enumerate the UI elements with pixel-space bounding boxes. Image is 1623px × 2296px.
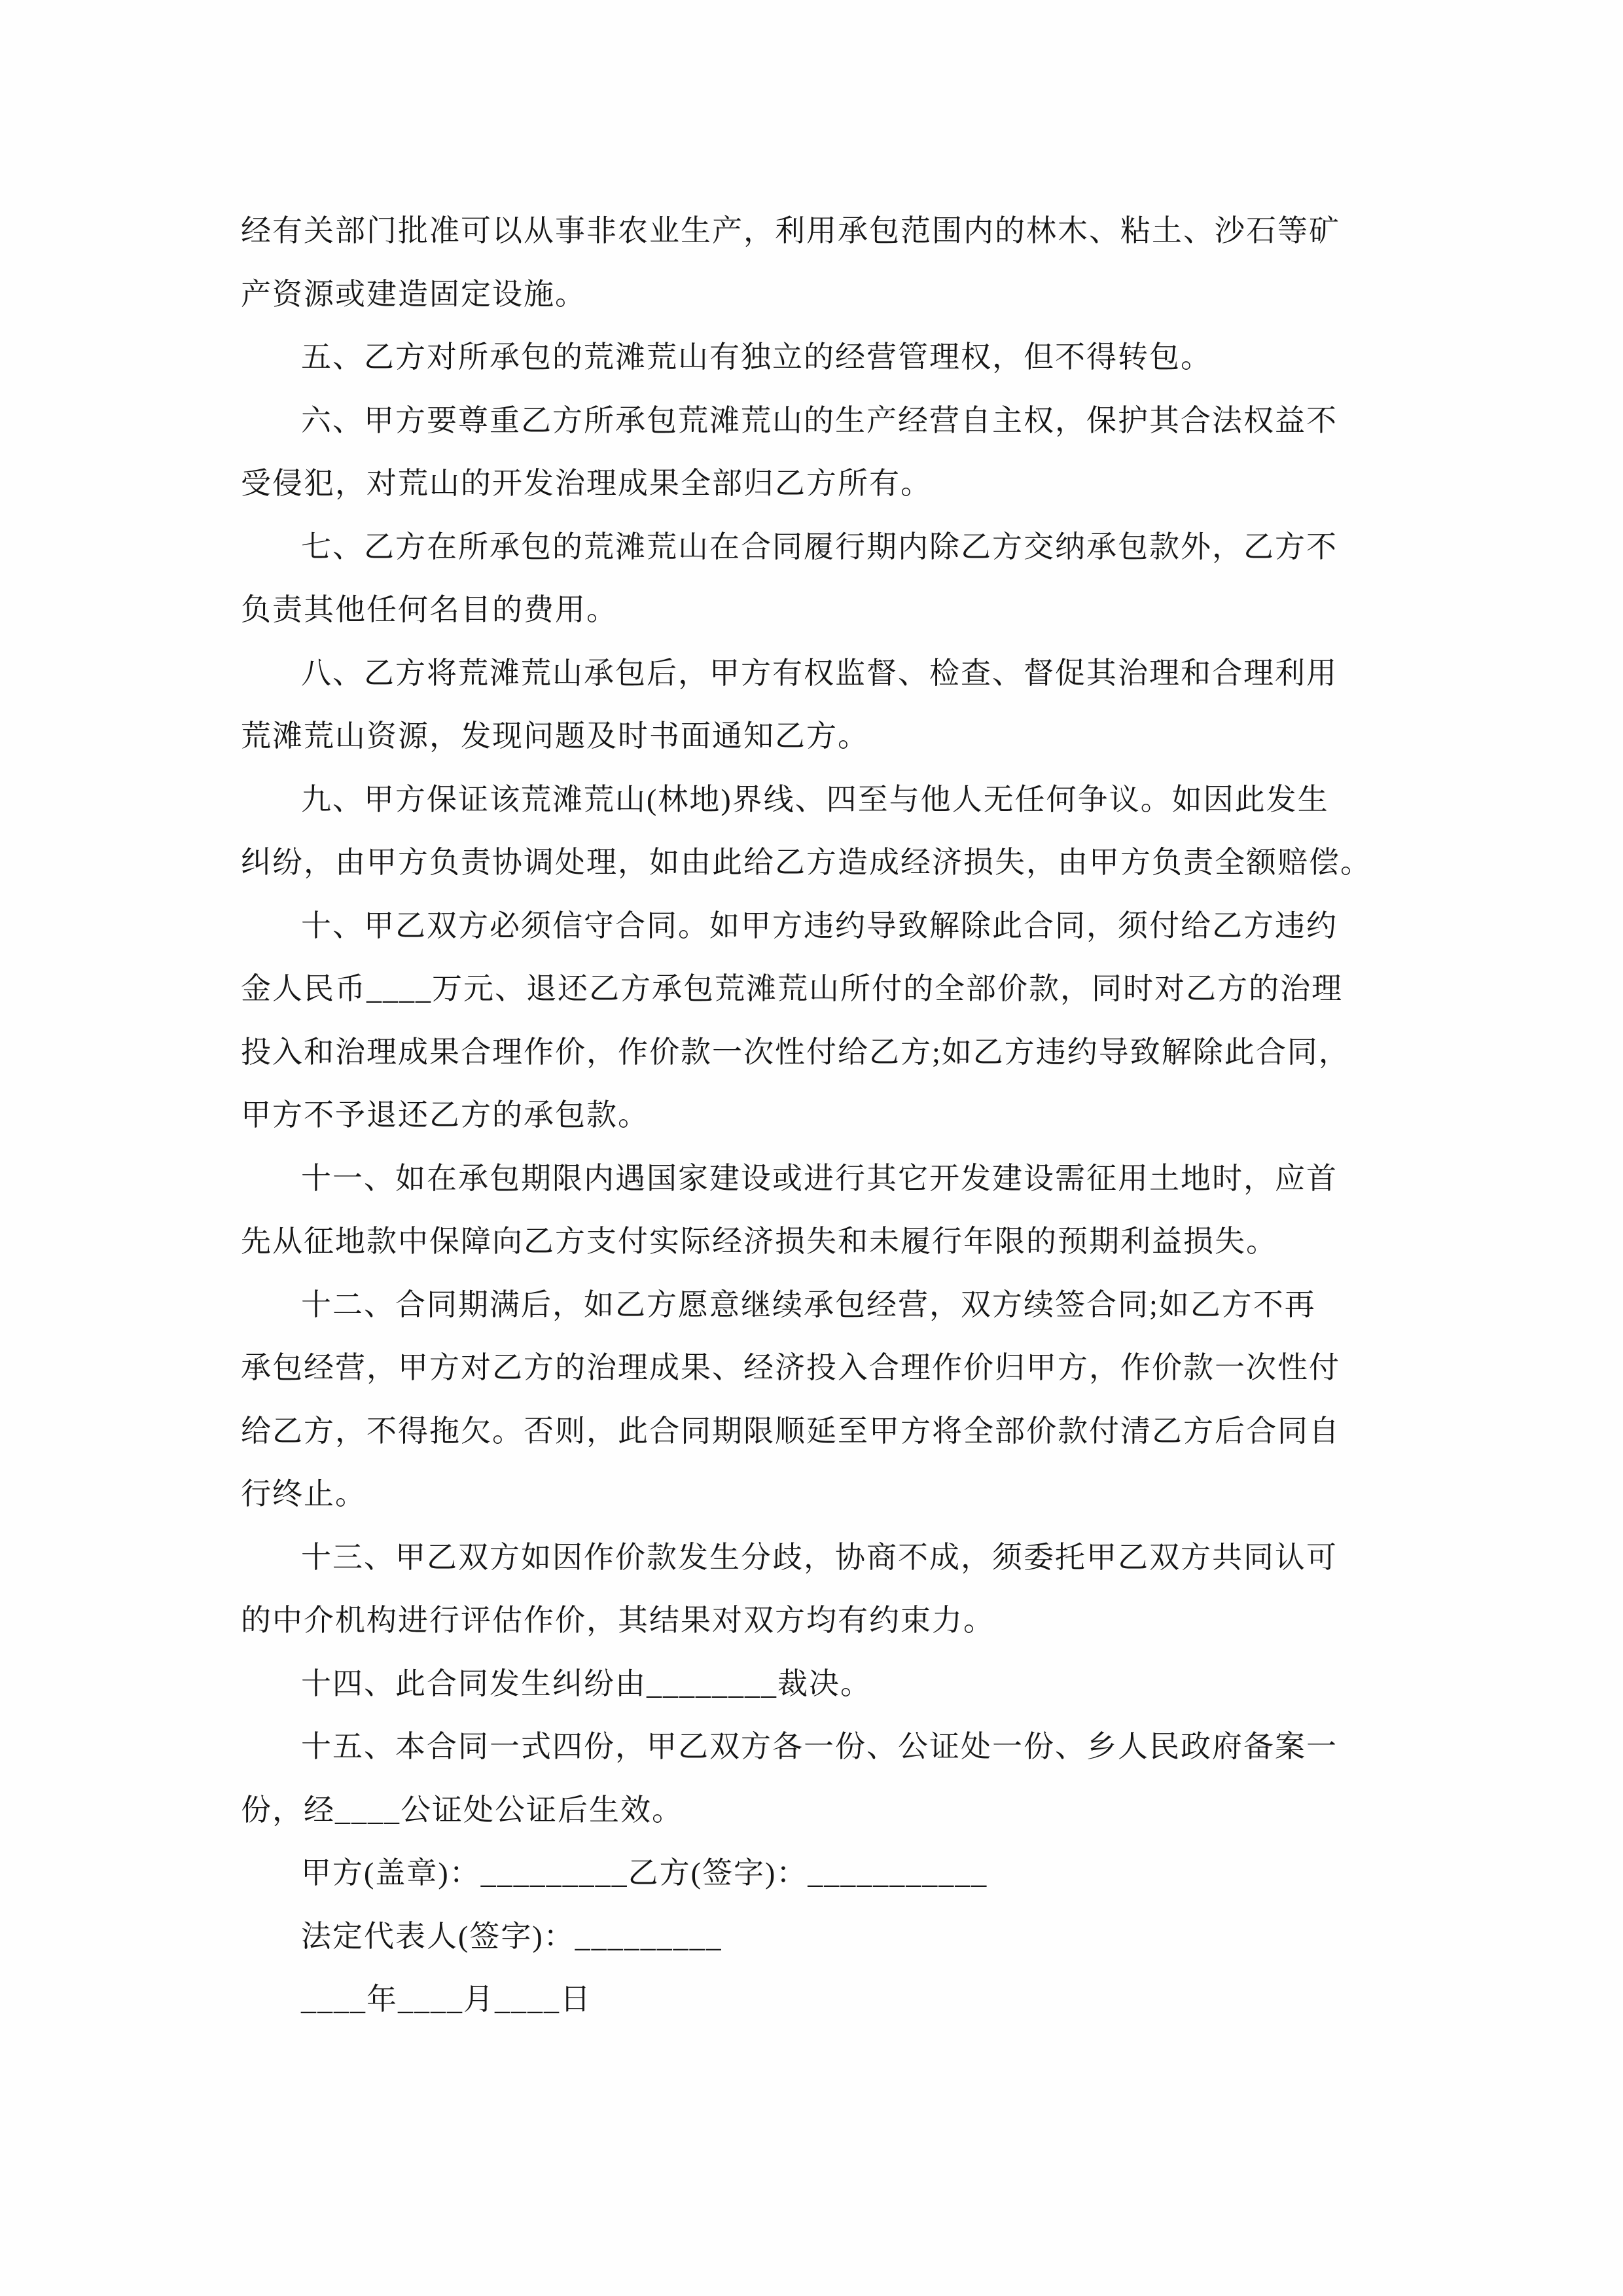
contract-line: 产资源或建造固定设施。 — [241, 263, 1382, 327]
contract-document-page: 经有关部门批准可以从事非农业生产，利用承包范围内的林木、粘土、沙石等矿 产资源或… — [0, 0, 1623, 2296]
contract-line: 甲方不予退还乙方的承包款。 — [241, 1084, 1382, 1147]
contract-line: 九、甲方保证该荒滩荒山(林地)界线、四至与他人无任何争议。如因此发生 — [241, 768, 1382, 832]
contract-line: 的中介机构进行评估作价，其结果对双方均有约束力。 — [241, 1589, 1382, 1653]
contract-line: 八、乙方将荒滩荒山承包后，甲方有权监督、检查、督促其治理和合理利用 — [241, 642, 1382, 706]
contract-line: 受侵犯，对荒山的开发治理成果全部归乙方所有。 — [241, 452, 1382, 516]
contract-line: 十二、合同期满后，如乙方愿意继续承包经营，双方续签合同;如乙方不再 — [241, 1274, 1382, 1337]
contract-line: 十一、如在承包期限内遇国家建设或进行其它开发建设需征用土地时，应首 — [241, 1147, 1382, 1211]
contract-line: 七、乙方在所承包的荒滩荒山在合同履行期内除乙方交纳承包款外，乙方不 — [241, 516, 1382, 579]
contract-line: 荒滩荒山资源，发现问题及时书面通知乙方。 — [241, 705, 1382, 768]
contract-line: 承包经营，甲方对乙方的治理成果、经济投入合理作价归甲方，作价款一次性付 — [241, 1336, 1382, 1400]
contract-line: 经有关部门批准可以从事非农业生产，利用承包范围内的林木、粘土、沙石等矿 — [241, 200, 1382, 263]
contract-line: 十五、本合同一式四份，甲乙双方各一份、公证处一份、乡人民政府备案一 — [241, 1715, 1382, 1779]
contract-line: 负责其他任何名目的费用。 — [241, 579, 1382, 642]
contract-line: 先从征地款中保障向乙方支付实际经济损失和未履行年限的预期利益损失。 — [241, 1210, 1382, 1274]
contract-line: 给乙方，不得拖欠。否则，此合同期限顺延至甲方将全部价款付清乙方后合同自 — [241, 1400, 1382, 1463]
contract-line-notary-blank: 份，经____公证处公证后生效。 — [241, 1779, 1382, 1842]
contract-line: 六、甲方要尊重乙方所承包荒滩荒山的生产经营自主权，保护其合法权益不 — [241, 389, 1382, 453]
contract-body: 经有关部门批准可以从事非农业生产，利用承包范围内的林木、粘土、沙石等矿 产资源或… — [241, 200, 1382, 2032]
contract-line-arbitration-blank: 十四、此合同发生纠纷由________裁决。 — [241, 1653, 1382, 1716]
contract-line-signature-party: 甲方(盖章)：_________乙方(签字)：___________ — [241, 1842, 1382, 1905]
contract-line: 十三、甲乙双方如因作价款发生分歧，协商不成，须委托甲乙双方共同认可 — [241, 1526, 1382, 1590]
contract-line-signature-representative: 法定代表人(签字)：_________ — [241, 1905, 1382, 1969]
contract-line: 纠纷，由甲方负责协调处理，如由此给乙方造成经济损失，由甲方负责全额赔偿。 — [241, 831, 1382, 895]
contract-line-date: ____年____月____日 — [241, 1968, 1382, 2032]
contract-line: 行终止。 — [241, 1463, 1382, 1526]
contract-line: 金人民币____万元、退还乙方承包荒滩荒山所付的全部价款，同时对乙方的治理 — [241, 958, 1382, 1021]
contract-line: 投入和治理成果合理作价，作价款一次性付给乙方;如乙方违约导致解除此合同， — [241, 1021, 1382, 1085]
contract-line: 五、乙方对所承包的荒滩荒山有独立的经营管理权，但不得转包。 — [241, 326, 1382, 389]
contract-line: 十、甲乙双方必须信守合同。如甲方违约导致解除此合同，须付给乙方违约 — [241, 895, 1382, 958]
